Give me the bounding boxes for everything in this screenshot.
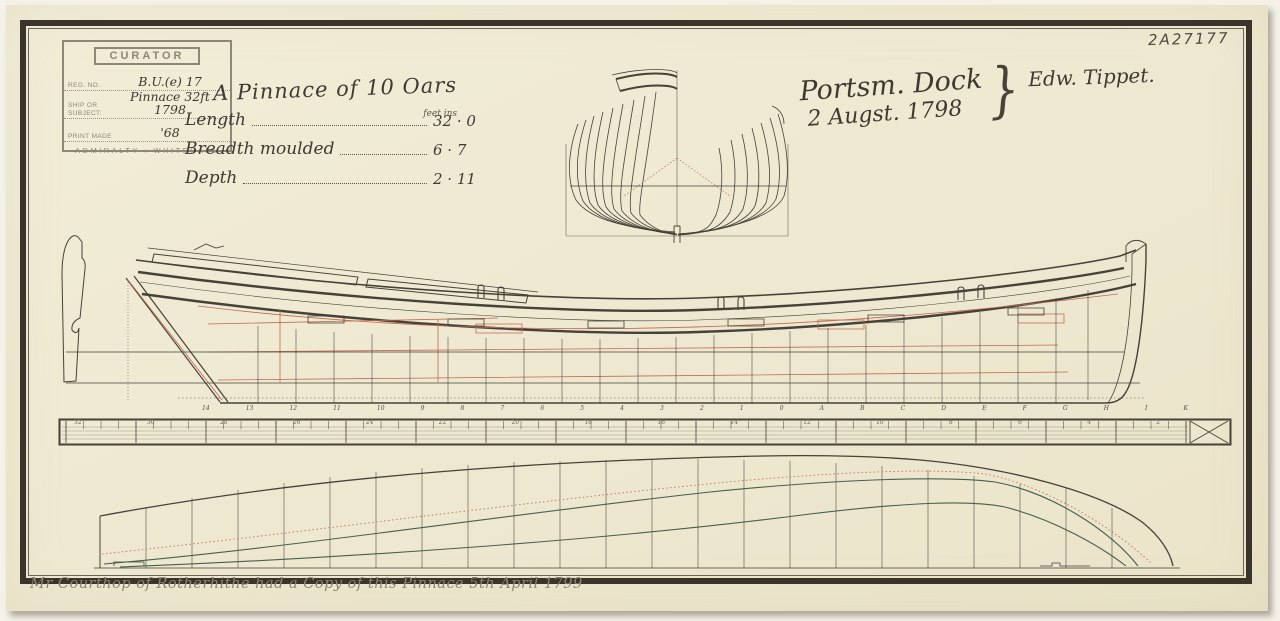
foot-label: 18 [584,419,592,426]
station-label: G [1063,405,1068,412]
foot-label: 12 [803,419,811,426]
dotted-leader [252,125,427,126]
foot-label: 10 [876,419,884,426]
dimension-value: 2 · 11 [433,170,485,188]
station-label: B [860,405,864,412]
ship-plan-scan: CURATOR Reg. No. B.U.(e) 17 Ship or Subj… [0,0,1280,621]
station-label: 2 [700,405,704,412]
stamp-label: Reg. No. [68,82,114,89]
station-label: 14 [202,405,210,412]
station-label: 11 [333,405,341,412]
dimension-breadth: Breadth moulded 6 · 7 [185,139,485,159]
foot-label: 14 [730,419,738,426]
station-label: I [1145,405,1147,412]
station-label: H [1104,405,1109,412]
sheer-plan-drawing [58,232,1198,422]
foot-label: 4 [1087,419,1091,426]
station-label: 4 [620,405,624,412]
body-plan-drawing [556,66,796,244]
foot-label: 22 [439,419,447,426]
dimension-label: Depth [185,168,237,188]
station-label-row: 14131211109876543210ABCDEFGHIK [202,405,1188,412]
station-label: 13 [246,405,254,412]
stamp-header: CURATOR [94,47,200,65]
station-label: 10 [377,405,385,412]
foot-label: 30 [147,419,155,426]
provenance-note: Mr Courthop of Rotherhithe had a Copy of… [30,576,583,592]
plan-title: A Pinnace of 10 Oars [185,72,486,106]
dimension-label: Length [185,110,246,130]
foot-label: 26 [293,419,301,426]
station-label: F [1023,405,1027,412]
station-label: 9 [421,405,425,412]
station-label: C [901,405,906,412]
signature: Edw. Tippet. [1028,63,1155,91]
stamp-label: Ship or Subject: [68,102,114,117]
foot-label: 16 [657,419,665,426]
brace-glyph: } [986,54,1021,126]
dimension-depth: Depth 2 · 11 [185,168,485,188]
dimension-label: Breadth moulded [185,139,334,159]
dimension-value: 6 · 7 [433,141,485,159]
archive-number: 2A27177 [1148,29,1230,49]
plan-paper: CURATOR Reg. No. B.U.(e) 17 Ship or Subj… [6,5,1268,611]
foot-label: 20 [511,419,519,426]
stamp-label: Print Made [68,133,114,140]
half-breadth-plan-drawing [90,452,1190,574]
station-label: 0 [780,405,784,412]
station-label: K [1184,405,1188,412]
station-label: D [941,405,946,412]
units-header: feet ins [423,109,457,119]
station-label: 5 [580,405,584,412]
station-label: 3 [660,405,664,412]
dotted-leader [340,154,427,155]
station-label: 1 [740,405,744,412]
station-label: 12 [289,405,297,412]
foot-label: 2 [1156,419,1160,426]
foot-label: 6 [1018,419,1022,426]
station-label: A [820,405,824,412]
station-label: 7 [500,405,504,412]
foot-label: 28 [220,419,228,426]
scale-bar-labels: 3230282624222018161412108642 [74,419,1160,426]
foot-label: 24 [366,419,374,426]
foot-label: 32 [74,419,82,426]
station-label: E [982,405,986,412]
dotted-leader [243,183,427,184]
station-label: 6 [540,405,544,412]
title-block: A Pinnace of 10 Oars feet ins Length 32 … [185,77,485,188]
station-label: 8 [461,405,465,412]
foot-label: 8 [949,419,953,426]
